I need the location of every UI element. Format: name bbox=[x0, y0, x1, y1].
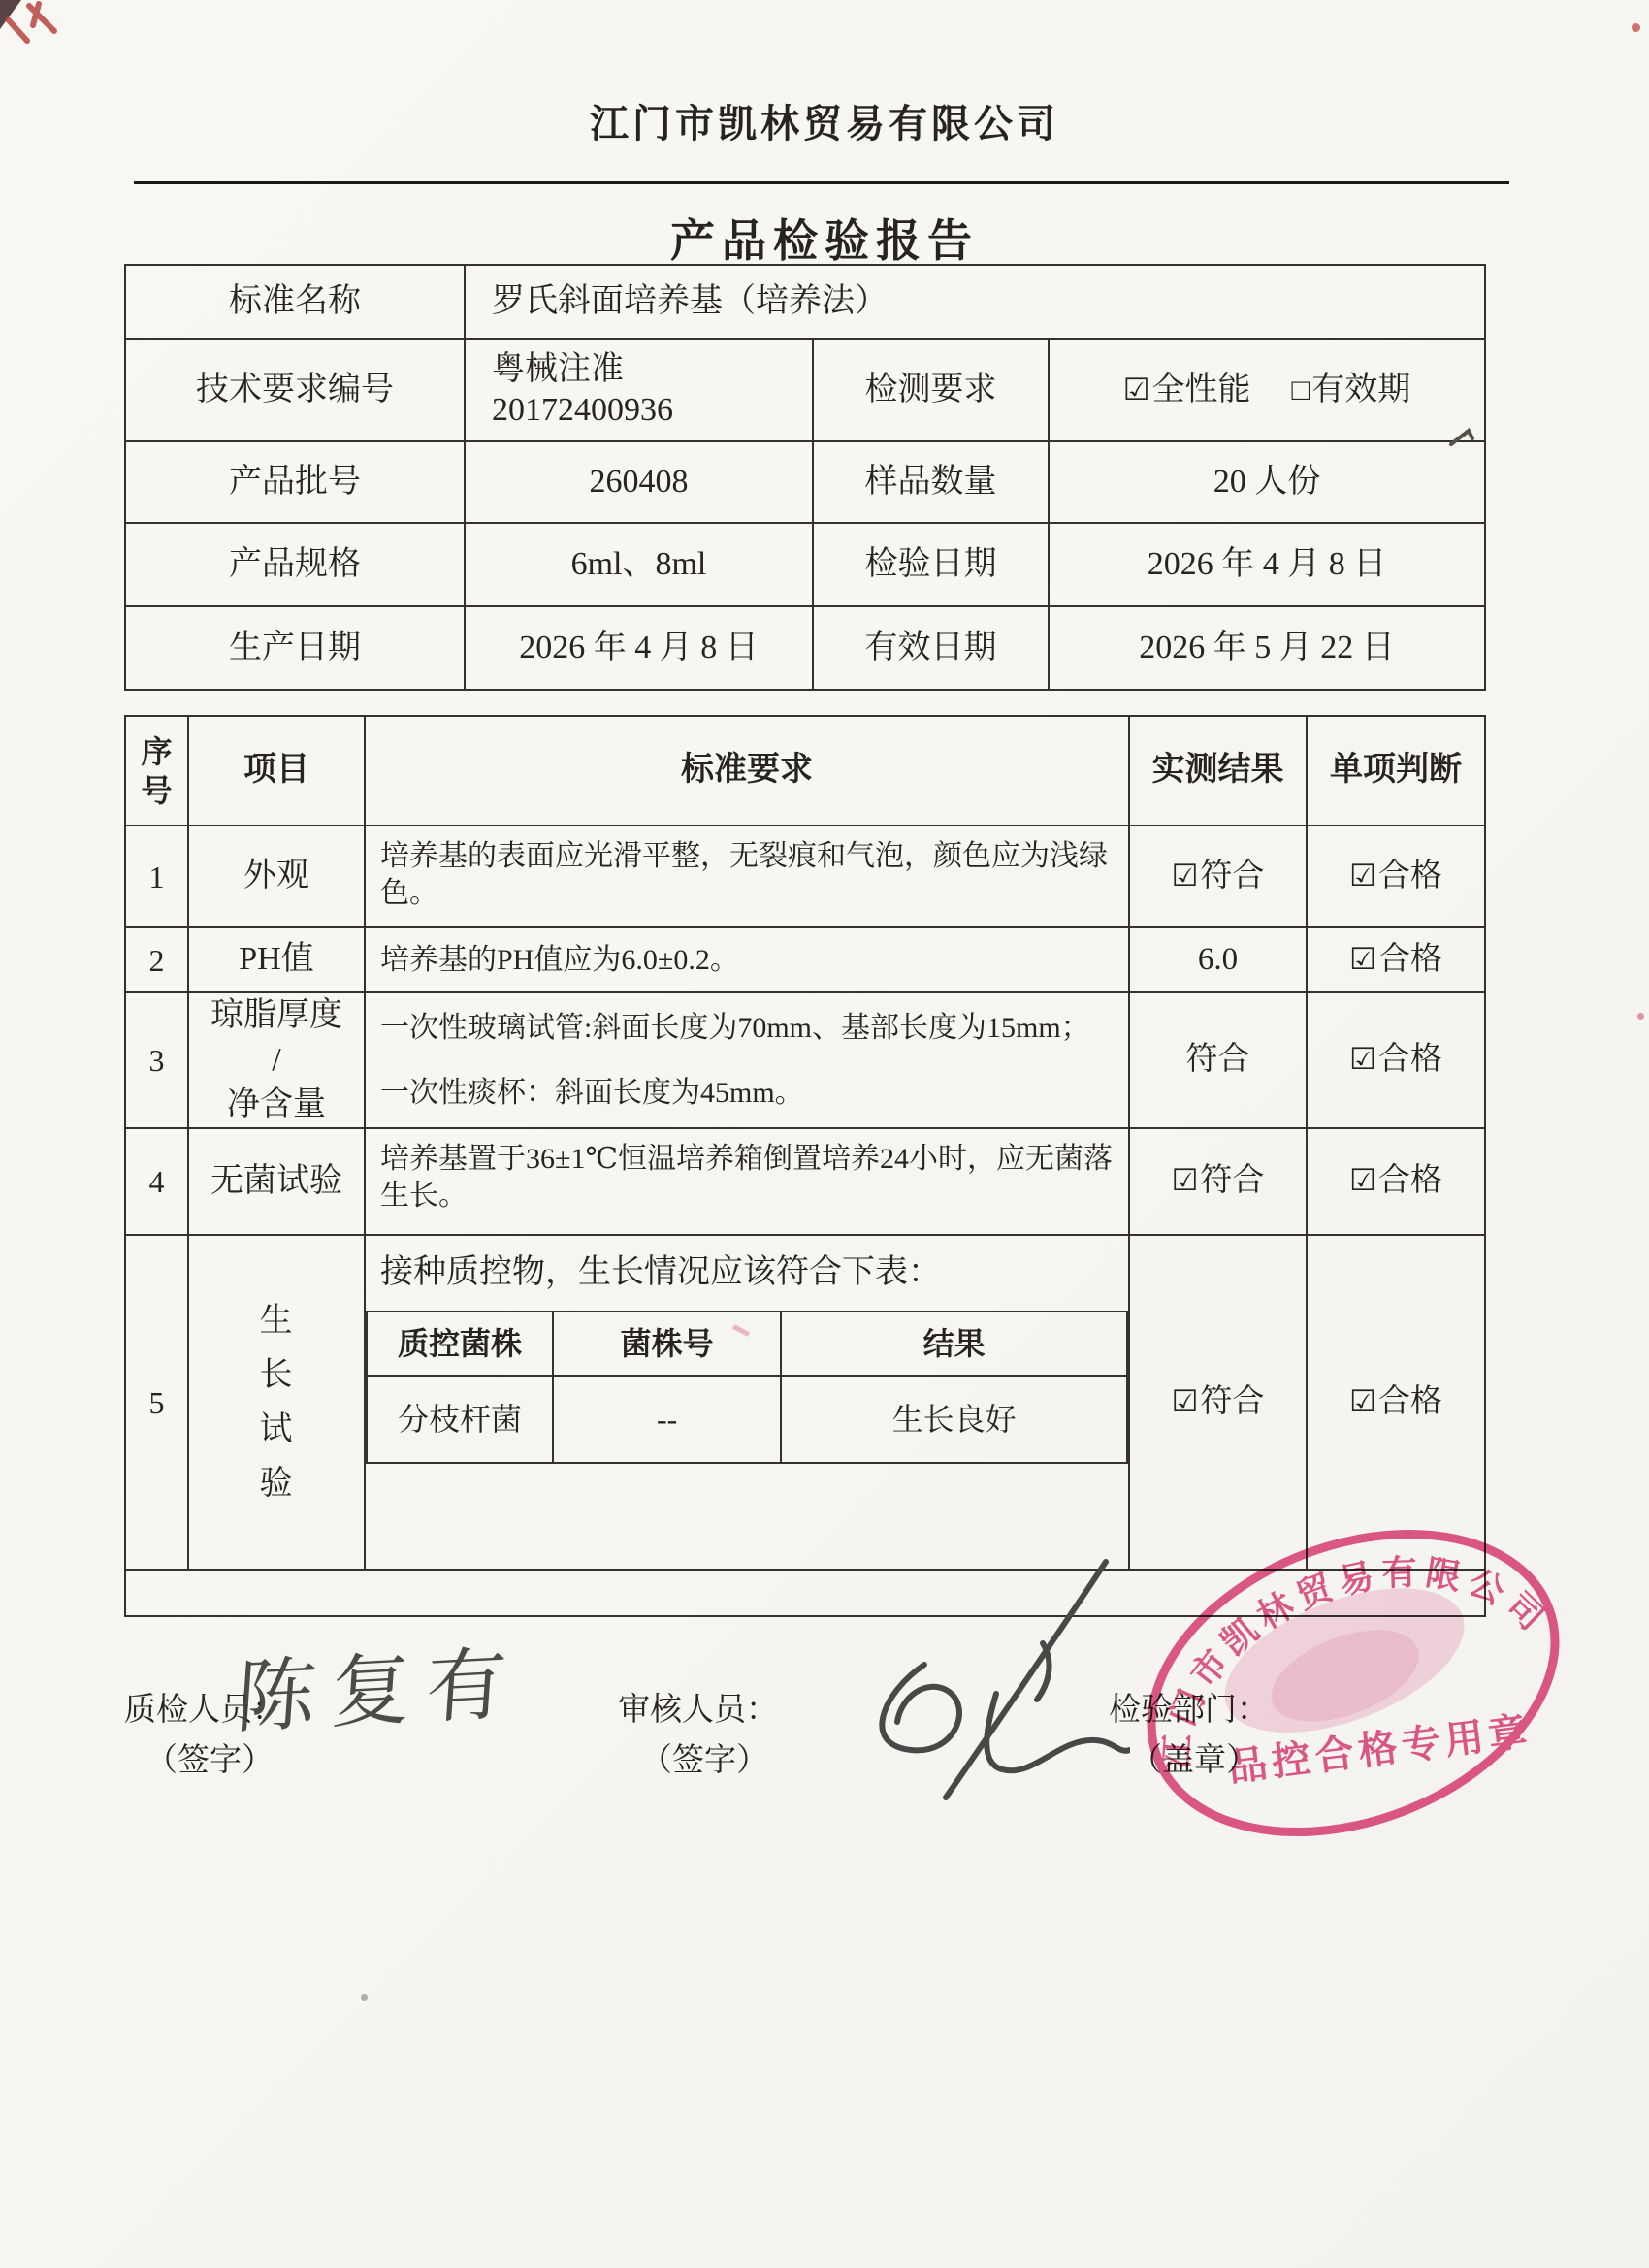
product-info-table: 标准名称 罗氏斜面培养基（培养法） 技术要求编号 粤械注准 2017240093… bbox=[124, 264, 1486, 691]
field-label: 有效日期 bbox=[813, 606, 1049, 690]
table-row: 技术要求编号 粤械注准 20172400936 检测要求 ☑全性能□有效期 bbox=[125, 339, 1485, 441]
inspector-signature: 陈复有 bbox=[233, 1620, 526, 1749]
field-label: 检测要求 bbox=[813, 339, 1049, 441]
checked-checkbox-icon: ☑ bbox=[1349, 1042, 1376, 1076]
field-label: 样品数量 bbox=[813, 441, 1049, 523]
scan-corner-artifact bbox=[0, 0, 87, 68]
row-judgment: ☑合格 bbox=[1307, 992, 1485, 1128]
column-header-result: 实测结果 bbox=[1129, 716, 1307, 826]
row-result: 6.0 bbox=[1129, 927, 1307, 992]
checked-checkbox-icon: ☑ bbox=[1172, 1384, 1199, 1418]
pen-mark-artifact bbox=[1449, 427, 1478, 450]
row-requirement: 培养基置于36±1℃恒温培养箱倒置培养24小时，应无菌落生长。 bbox=[365, 1128, 1129, 1235]
table-header-row: 序 号 项目 标准要求 实测结果 单项判断 bbox=[125, 716, 1485, 826]
row-item: 外观 bbox=[188, 826, 365, 927]
field-value: 2026 年 4 月 8 日 bbox=[1049, 523, 1485, 606]
checked-checkbox-icon: ☑ bbox=[1349, 859, 1376, 892]
checked-checkbox-icon: ☑ bbox=[1172, 1163, 1199, 1197]
row-no: 2 bbox=[125, 927, 188, 992]
row-requirement: 一次性玻璃试管:斜面长度为70mm、基部长度为15mm； 一次性痰杯：斜面长度为… bbox=[365, 992, 1129, 1128]
field-value: ☑全性能□有效期 bbox=[1049, 339, 1485, 441]
option-label: 有效期 bbox=[1311, 372, 1410, 407]
checked-checkbox-icon: ☑ bbox=[1172, 859, 1199, 892]
field-label: 标准名称 bbox=[125, 265, 465, 339]
row-item: 生 长 试 验 bbox=[188, 1235, 365, 1570]
field-label: 生产日期 bbox=[125, 606, 465, 690]
row-requirement: 培养基的表面应光滑平整，无裂痕和气泡，颜色应为浅绿色。 bbox=[365, 826, 1129, 927]
column-header-judgment: 单项判断 bbox=[1307, 716, 1485, 826]
row-result: 符合 bbox=[1129, 992, 1307, 1128]
table-row: 产品批号 260408 样品数量 20 人份 bbox=[125, 441, 1485, 523]
checked-checkbox-icon: ☑ bbox=[1349, 1384, 1376, 1418]
field-label: 检验日期 bbox=[813, 523, 1049, 606]
table-row: 3 琼脂厚度 / 净含量 一次性玻璃试管:斜面长度为70mm、基部长度为15mm… bbox=[125, 992, 1485, 1128]
checked-checkbox-icon: ☑ bbox=[1123, 373, 1150, 406]
row-item: 无菌试验 bbox=[188, 1128, 365, 1235]
field-value: 2026 年 5 月 22 日 bbox=[1049, 606, 1485, 690]
growth-test-intro: 接种质控物，生长情况应该符合下表： bbox=[366, 1236, 1128, 1294]
nested-column-header: 菌株号 bbox=[553, 1312, 781, 1376]
row-judgment: ☑合格 bbox=[1307, 1128, 1485, 1235]
option-label: 全性能 bbox=[1152, 372, 1251, 407]
nested-cell-result: 生长良好 bbox=[781, 1376, 1127, 1463]
red-speck-artifact bbox=[1637, 1013, 1644, 1020]
row-judgment: ☑合格 bbox=[1307, 927, 1485, 992]
inspection-result-table: 序 号 项目 标准要求 实测结果 单项判断 1 外观 培养基的表面应光滑平整，无… bbox=[124, 715, 1486, 1617]
table-row: 1 外观 培养基的表面应光滑平整，无裂痕和气泡，颜色应为浅绿色。 ☑符合 ☑合格 bbox=[125, 826, 1485, 927]
requirement-line: 一次性痰杯：斜面长度为45mm。 bbox=[380, 1075, 1118, 1112]
row-result: ☑符合 bbox=[1129, 826, 1307, 927]
unchecked-checkbox-icon: □ bbox=[1292, 373, 1310, 406]
field-value: 260408 bbox=[465, 441, 813, 523]
row-no: 5 bbox=[125, 1235, 188, 1570]
row-result: ☑符合 bbox=[1129, 1128, 1307, 1235]
row-item: 琼脂厚度 / 净含量 bbox=[188, 992, 365, 1128]
reviewer-sign-label: （签字） bbox=[640, 1734, 768, 1780]
requirement-line: 一次性玻璃试管:斜面长度为70mm、基部长度为15mm； bbox=[380, 1010, 1118, 1047]
checked-checkbox-icon: ☑ bbox=[1349, 1163, 1376, 1197]
row-no: 4 bbox=[125, 1128, 188, 1235]
nested-column-header: 结果 bbox=[781, 1312, 1127, 1376]
field-label: 技术要求编号 bbox=[125, 339, 465, 441]
row-no: 3 bbox=[125, 992, 188, 1128]
scanned-report-page: 江门市凯林贸易有限公司 产品检验报告 标准名称 罗氏斜面培养基（培养法） 技术要… bbox=[0, 0, 1649, 2268]
row-no: 1 bbox=[125, 826, 188, 927]
row-judgment: ☑合格 bbox=[1307, 826, 1485, 927]
field-label: 产品批号 bbox=[125, 441, 465, 523]
column-header-requirement: 标准要求 bbox=[365, 716, 1129, 826]
field-value: 6ml、8ml bbox=[465, 523, 813, 606]
nested-column-header: 质控菌株 bbox=[367, 1312, 553, 1376]
nested-header-row: 质控菌株 菌株号 结果 bbox=[367, 1312, 1127, 1376]
field-value: 罗氏斜面培养基（培养法） bbox=[465, 265, 1485, 339]
column-header-item: 项目 bbox=[188, 716, 365, 826]
nested-cell-strain: 分枝杆菌 bbox=[367, 1376, 553, 1463]
company-name: 江门市凯林贸易有限公司 bbox=[0, 93, 1649, 148]
reviewer-signature bbox=[752, 1550, 1130, 1807]
nested-cell-strain-no: -- bbox=[553, 1376, 781, 1463]
checked-checkbox-icon: ☑ bbox=[1349, 942, 1376, 976]
field-value: 20 人份 bbox=[1049, 441, 1485, 523]
table-row: 4 无菌试验 培养基置于36±1℃恒温培养箱倒置培养24小时，应无菌落生长。 ☑… bbox=[125, 1128, 1485, 1235]
table-row: 2 PH值 培养基的PH值应为6.0±0.2。 6.0 ☑合格 bbox=[125, 927, 1485, 992]
page-title: 产品检验报告 bbox=[0, 206, 1649, 270]
header-rule bbox=[134, 181, 1509, 184]
row-requirement: 培养基的PH值应为6.0±0.2。 bbox=[365, 927, 1129, 992]
nested-data-row: 分枝杆菌 -- 生长良好 bbox=[367, 1376, 1127, 1463]
dust-speck-artifact bbox=[361, 1994, 368, 2001]
red-speck-artifact bbox=[1632, 23, 1640, 32]
field-value: 粤械注准 20172400936 bbox=[465, 339, 813, 441]
row-item: PH值 bbox=[188, 927, 365, 992]
table-row: 生产日期 2026 年 4 月 8 日 有效日期 2026 年 5 月 22 日 bbox=[125, 606, 1485, 690]
column-header-no: 序 号 bbox=[125, 716, 188, 826]
table-row: 产品规格 6ml、8ml 检验日期 2026 年 4 月 8 日 bbox=[125, 523, 1485, 606]
company-stamp: 江门市凯林贸易有限公司 品控合格专用章 bbox=[1120, 1494, 1586, 1877]
field-label: 产品规格 bbox=[125, 523, 465, 606]
field-value: 2026 年 4 月 8 日 bbox=[465, 606, 813, 690]
table-row: 标准名称 罗氏斜面培养基（培养法） bbox=[125, 265, 1485, 339]
row-requirement: 接种质控物，生长情况应该符合下表： 质控菌株 菌株号 结果 分枝杆菌 -- 生长… bbox=[365, 1235, 1129, 1570]
